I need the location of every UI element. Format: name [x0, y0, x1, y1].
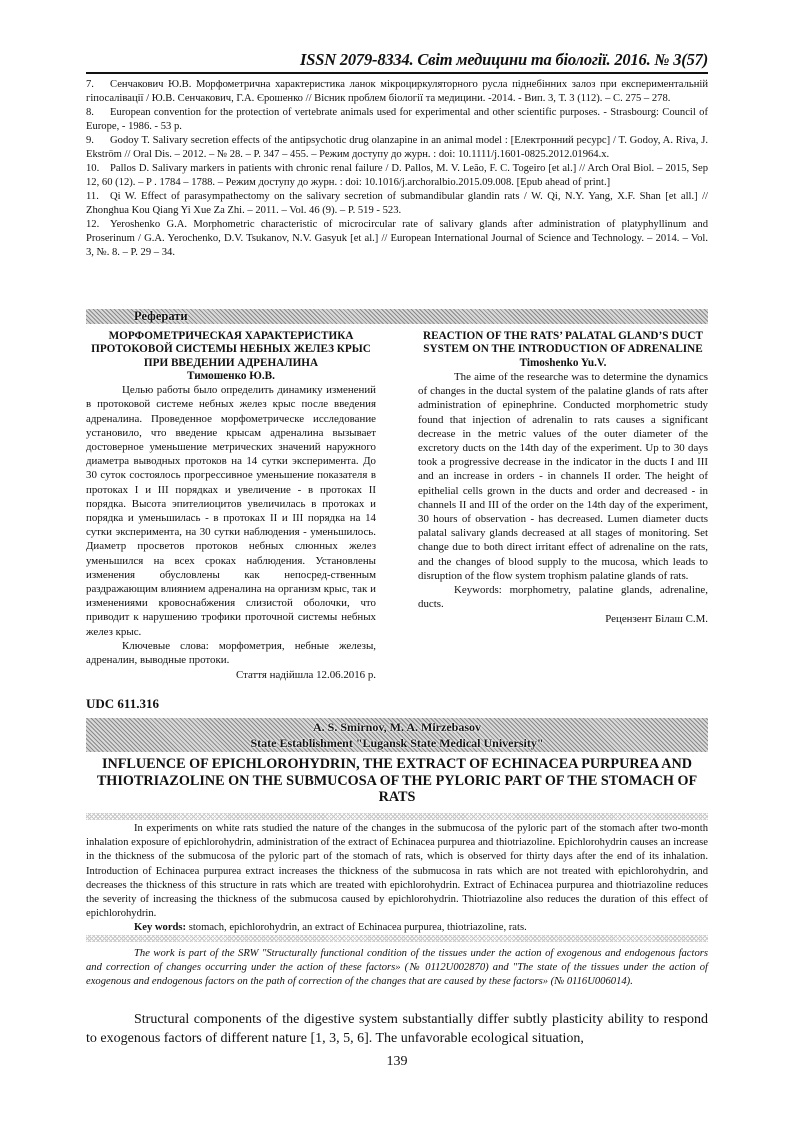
article-summary: In experiments on white rats studied the… [86, 822, 708, 936]
reference-item: 7.Сенчакович Ю.В. Морфометрична характер… [86, 78, 708, 106]
reference-item: 10.Pallos D. Salivary markers in patient… [86, 162, 708, 190]
article-body: Structural components of the digestive s… [86, 1010, 708, 1048]
reviewer: Рецензент Білаш С.М. [418, 612, 708, 626]
article-authors: A. S. Smirnov, M. A. Mirzebasov [86, 719, 708, 735]
abstract-title: МОРФОМЕТРИЧЕСКАЯ ХАРАКТЕРИСТИКА ПРОТОКОВ… [86, 330, 376, 370]
keywords-label: Key words: [134, 922, 186, 933]
divider-bottom [86, 935, 708, 942]
abstract-title: REACTION OF THE RATS’ PALATAL GLAND’S DU… [418, 330, 708, 357]
reference-text: Сенчакович Ю.В. Морфометрична характерис… [86, 79, 708, 104]
article-title: INFLUENCE OF EPICHLOROHYDRIN, THE EXTRAC… [86, 756, 708, 806]
page-number: 139 [86, 1054, 708, 1070]
reference-number: 12. [86, 218, 110, 232]
referaty-heading: Реферати [134, 309, 188, 324]
abstract-keywords: Ключевые слова: морфометрия, небные желе… [86, 639, 376, 667]
journal-header: ISSN 2079-8334. Світ медицини та біологі… [86, 50, 708, 70]
abstract-author: Timoshenko Yu.V. [418, 357, 708, 370]
abstract-russian: МОРФОМЕТРИЧЕСКАЯ ХАРАКТЕРИСТИКА ПРОТОКОВ… [86, 330, 376, 682]
reference-list: 7.Сенчакович Ю.В. Морфометрична характер… [86, 78, 708, 260]
authors-banner: A. S. Smirnov, M. A. Mirzebasov State Es… [86, 718, 708, 752]
article-institution: State Establishment "Lugansk State Medic… [86, 735, 708, 751]
reference-number: 8. [86, 106, 110, 120]
reference-item: 11.Qi W. Effect of parasympathectomy on … [86, 190, 708, 218]
srw-text: The work is part of the SRW "Structurall… [86, 947, 708, 990]
reference-number: 7. [86, 78, 110, 92]
abstract-keywords: Keywords: morphometry, palatine glands, … [418, 583, 708, 611]
divider-top [86, 813, 708, 820]
reference-number: 10. [86, 162, 110, 176]
summary-keywords: Key words: stomach, epichlorohydrin, an … [86, 921, 708, 935]
reference-item: 9.Godoy T. Salivary secretion effects of… [86, 134, 708, 162]
abstract-english: REACTION OF THE RATS’ PALATAL GLAND’S DU… [418, 330, 708, 627]
reference-text: European convention for the protection o… [86, 107, 708, 132]
reference-item: 12.Yeroshenko G.A. Morphometric characte… [86, 218, 708, 260]
srw-note: The work is part of the SRW "Structurall… [86, 947, 708, 990]
reference-item: 8.European convention for the protection… [86, 106, 708, 134]
reference-number: 11. [86, 190, 110, 204]
reference-text: Godoy T. Salivary secretion effects of t… [86, 135, 708, 160]
keywords-text: stomach, epichlorohydrin, an extract of … [186, 922, 527, 933]
abstract-body: The aime of the researche was to determi… [418, 370, 708, 583]
abstract-body: Целью работы было определить динамику из… [86, 383, 376, 639]
reference-text: Qi W. Effect of parasympathectomy on the… [86, 191, 708, 216]
body-paragraph: Structural components of the digestive s… [86, 1010, 708, 1048]
reference-number: 9. [86, 134, 110, 148]
reference-text: Pallos D. Salivary markers in patients w… [86, 163, 708, 188]
referaty-section-bar: Реферати [86, 309, 708, 324]
reference-text: Yeroshenko G.A. Morphometric characteris… [86, 219, 708, 258]
received-date: Стаття надійшла 12.06.2016 р. [86, 668, 376, 682]
header-rule [86, 72, 708, 74]
abstract-author: Тимошенко Ю.В. [86, 370, 376, 383]
summary-text: In experiments on white rats studied the… [86, 822, 708, 921]
udc-code: UDC 611.316 [86, 696, 159, 712]
